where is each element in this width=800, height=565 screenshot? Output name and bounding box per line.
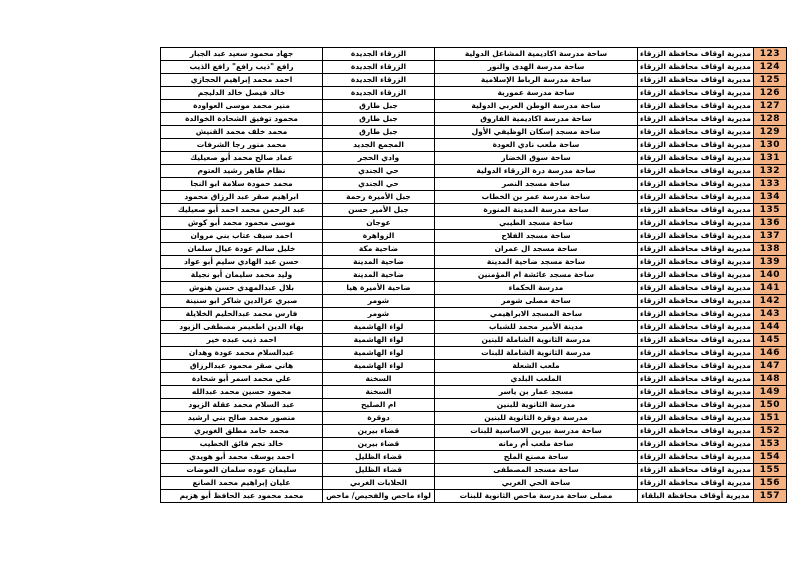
row-number-cell: 146 [753, 347, 786, 360]
directorate-cell: مديرية اوقاف محافظة الزرقاء [638, 438, 754, 451]
district-cell: حي الجندي [323, 165, 435, 178]
table-row: 139مديرية اوقاف محافظة الزرقاءساحة مسجد … [161, 256, 787, 269]
row-number-cell: 145 [753, 334, 786, 347]
district-cell: جبل الأميرة رحمة [323, 191, 435, 204]
directorate-cell: مديرية اوقاف محافظة الزرقاء [638, 477, 754, 490]
table-row: 144مديرية اوقاف محافظة الزرقاءمدينة الأم… [161, 321, 787, 334]
table-row: 125مديرية اوقاف محافظة الزرقاءساحة مدرسة… [161, 74, 787, 87]
name-cell: احمد سيف عتاب بني مروان [161, 230, 323, 243]
name-cell: محمد محمود عبد الحافظ أبو هزيم [161, 490, 323, 503]
row-number-cell: 124 [753, 61, 786, 74]
name-cell: حسن عبد الهادي سليم أبو عواد [161, 256, 323, 269]
district-cell: المجمع الجديد [323, 139, 435, 152]
directorate-cell: مديرية اوقاف محافظة الزرقاء [638, 48, 754, 61]
location-cell: ساحة مسجد الطيبي [435, 217, 638, 230]
table-row: 137مديرية اوقاف محافظة الزرقاءساحة مسجد … [161, 230, 787, 243]
awqaf-imams-table: 123مديرية اوقاف محافظة الزرقاءساحة مدرسة… [160, 47, 787, 503]
table-row: 127مديرية اوقاف محافظة الزرقاءساحة مدرسة… [161, 100, 787, 113]
directorate-cell: مديرية اوقاف محافظة الزرقاء [638, 347, 754, 360]
location-cell: مدرسة دوقرة الثانوية للبنين [435, 412, 638, 425]
directorate-cell: مديرية اوقاف محافظة الزرقاء [638, 139, 754, 152]
name-cell: محمد منور رجا الشرفات [161, 139, 323, 152]
row-number-cell: 141 [753, 282, 786, 295]
table-row: 149مديرية اوقاف محافظة الزرقاءمسجد عمار … [161, 386, 787, 399]
district-cell: لواء ماحص والفحيص/ ماحص [323, 490, 435, 503]
name-cell: بهاء الدين اطعيمر مصطفى الزيود [161, 321, 323, 334]
location-cell: ساحة مسجد الفلاح [435, 230, 638, 243]
directorate-cell: مديرية اوقاف محافظة الزرقاء [638, 61, 754, 74]
directorate-cell: مديرية اوقاف محافظة الزرقاء [638, 412, 754, 425]
row-number-cell: 126 [753, 87, 786, 100]
directorate-cell: مديرية اوقاف محافظة الزرقاء [638, 425, 754, 438]
table-row: 124مديرية اوقاف محافظة الزرقاءساحة مدرسة… [161, 61, 787, 74]
directorate-cell: مديرية اوقاف محافظة الزرقاء [638, 373, 754, 386]
row-number-cell: 123 [753, 48, 786, 61]
name-cell: بلال عبدالمهدي حسن هنوش [161, 282, 323, 295]
name-cell: خالد فيصل خالد الدليجم [161, 87, 323, 100]
row-number-cell: 138 [753, 243, 786, 256]
district-cell: لواء الهاشمية [323, 347, 435, 360]
district-cell: الزواهرة [323, 230, 435, 243]
directorate-cell: مديرية اوقاف محافظة الزرقاء [638, 243, 754, 256]
directorate-cell: مديرية اوقاف محافظة الزرقاء [638, 269, 754, 282]
district-cell: عوجان [323, 217, 435, 230]
district-cell: ضاحية الأميرة هيا [323, 282, 435, 295]
location-cell: ساحة مسجد المصطفى [435, 464, 638, 477]
row-number-cell: 149 [753, 386, 786, 399]
location-cell: ساحة مسجد النصر [435, 178, 638, 191]
row-number-cell: 157 [753, 490, 786, 503]
location-cell: مسجد عمار بن ياسر [435, 386, 638, 399]
table-row: 131مديرية اوقاف محافظة الزرقاءساحة سوق ا… [161, 152, 787, 165]
table-row: 157مديرية أوقاف محافظة البلقاءمصلى ساحة … [161, 490, 787, 503]
location-cell: ساحة مصلى شومر [435, 295, 638, 308]
table-row: 142مديرية اوقاف محافظة الزرقاءساحة مصلى … [161, 295, 787, 308]
row-number-cell: 125 [753, 74, 786, 87]
row-number-cell: 132 [753, 165, 786, 178]
row-number-cell: 142 [753, 295, 786, 308]
name-cell: منصور محمد صالح بني ارشيد [161, 412, 323, 425]
location-cell: ساحة مدرسة اكاديمية المشاعل الدولية [435, 48, 638, 61]
name-cell: محمد حامد مطلق الغويري [161, 425, 323, 438]
table-row: 138مديرية اوقاف محافظة الزرقاءساحة مسجد … [161, 243, 787, 256]
district-cell: جبل طارق [323, 113, 435, 126]
row-number-cell: 150 [753, 399, 786, 412]
district-cell: قضاء بيرين [323, 425, 435, 438]
district-cell: حي الجندي [323, 178, 435, 191]
directorate-cell: مديرية اوقاف محافظة الزرقاء [638, 386, 754, 399]
directorate-cell: مديرية اوقاف محافظة الزرقاء [638, 178, 754, 191]
directorate-cell: مديرية اوقاف محافظة الزرقاء [638, 282, 754, 295]
table-row: 152مديرية اوقاف محافظة الزرقاءساحة مدرسة… [161, 425, 787, 438]
district-cell: شومر [323, 295, 435, 308]
row-number-cell: 127 [753, 100, 786, 113]
name-cell: نظام طاهر رشيد العتوم [161, 165, 323, 178]
name-cell: فارس محمد عبدالحليم الخلايلة [161, 308, 323, 321]
district-cell: ضاحية المدينة [323, 256, 435, 269]
table-row: 150مديرية اوقاف محافظة الزرقاءمدرسة الثا… [161, 399, 787, 412]
district-cell: ام الصليح [323, 399, 435, 412]
table-row: 143مديرية اوقاف محافظة الزرقاءساحة المسج… [161, 308, 787, 321]
table-row: 133مديرية اوقاف محافظة الزرقاءساحة مسجد … [161, 178, 787, 191]
district-cell: السخنة [323, 373, 435, 386]
row-number-cell: 139 [753, 256, 786, 269]
table-row: 153مديرية اوقاف محافظة الزرقاءساحة ملعب … [161, 438, 787, 451]
directorate-cell: مديرية اوقاف محافظة الزرقاء [638, 360, 754, 373]
directorate-cell: مديرية اوقاف محافظة الزرقاء [638, 204, 754, 217]
row-number-cell: 135 [753, 204, 786, 217]
district-cell: الزرقاء الجديدة [323, 87, 435, 100]
table-row: 154مديرية اوقاف محافظة الزرقاءساحة مصنع … [161, 451, 787, 464]
name-cell: رافع "ذيب رافع" رافع الذيب [161, 61, 323, 74]
table-row: 151مديرية اوقاف محافظة الزرقاءمدرسة دوقر… [161, 412, 787, 425]
name-cell: خالد نجم فائق الخطيب [161, 438, 323, 451]
name-cell: هاني صقر محمود عبدالرزاق [161, 360, 323, 373]
district-cell: الزرقاء الجديدة [323, 61, 435, 74]
location-cell: ساحة مدرسة المدينة المنورة [435, 204, 638, 217]
district-cell: الزرقاء الجديدة [323, 74, 435, 87]
directorate-cell: مديرية اوقاف محافظة الزرقاء [638, 295, 754, 308]
name-cell: محمد خلف محمد القنيش [161, 126, 323, 139]
directorate-cell: مديرية اوقاف محافظة الزرقاء [638, 191, 754, 204]
location-cell: ساحة مسجد ال عمران [435, 243, 638, 256]
district-cell: دوقرة [323, 412, 435, 425]
district-cell: الحلابات الغربي [323, 477, 435, 490]
name-cell: ابراهيم صقر عبد الرزاق محمود [161, 191, 323, 204]
directorate-cell: مديرية اوقاف محافظة الزرقاء [638, 399, 754, 412]
name-cell: عبد السلام محمد عقلة الزيود [161, 399, 323, 412]
table-row: 135مديرية اوقاف محافظة الزرقاءساحة مدرسة… [161, 204, 787, 217]
district-cell: ضاحية مكة [323, 243, 435, 256]
row-number-cell: 133 [753, 178, 786, 191]
table-body: 123مديرية اوقاف محافظة الزرقاءساحة مدرسة… [161, 48, 787, 503]
row-number-cell: 152 [753, 425, 786, 438]
location-cell: مدرسة الحكماء [435, 282, 638, 295]
directorate-cell: مديرية اوقاف محافظة الزرقاء [638, 256, 754, 269]
row-number-cell: 136 [753, 217, 786, 230]
district-cell: لواء الهاشمية [323, 321, 435, 334]
row-number-cell: 137 [753, 230, 786, 243]
name-cell: عبدالسلام محمد عودة وهدان [161, 347, 323, 360]
location-cell: ساحة مدرسة الهدى والنور [435, 61, 638, 74]
table-row: 141مديرية اوقاف محافظة الزرقاءمدرسة الحك… [161, 282, 787, 295]
name-cell: موسى محمود محمد أبو كوش [161, 217, 323, 230]
name-cell: عماد صالح محمد أبو صعيليك [161, 152, 323, 165]
row-number-cell: 129 [753, 126, 786, 139]
location-cell: ساحة الحي الغربي [435, 477, 638, 490]
row-number-cell: 134 [753, 191, 786, 204]
table-row: 130مديرية اوقاف محافظة الزرقاءساحة ملعب … [161, 139, 787, 152]
row-number-cell: 151 [753, 412, 786, 425]
name-cell: منير محمد موسى العواودة [161, 100, 323, 113]
name-cell: عبد الرحمن محمد احمد أبو صعيليك [161, 204, 323, 217]
table-row: 123مديرية اوقاف محافظة الزرقاءساحة مدرسة… [161, 48, 787, 61]
location-cell: ساحة سوق الخضار [435, 152, 638, 165]
directorate-cell: مديرية أوقاف محافظة البلقاء [638, 490, 754, 503]
name-cell: وليد محمد سليمان أبو نجيلة [161, 269, 323, 282]
row-number-cell: 144 [753, 321, 786, 334]
location-cell: ساحة مسجد ضاحية المدينة [435, 256, 638, 269]
directorate-cell: مديرية اوقاف محافظة الزرقاء [638, 74, 754, 87]
location-cell: ساحة مدرسة درة الزرقاء الدولية [435, 165, 638, 178]
table-row: 145مديرية اوقاف محافظة الزرقاءمدرسة الثا… [161, 334, 787, 347]
table-row: 136مديرية اوقاف محافظة الزرقاءساحة مسجد … [161, 217, 787, 230]
directorate-cell: مديرية اوقاف محافظة الزرقاء [638, 308, 754, 321]
district-cell: الزرقاء الجديدة [323, 48, 435, 61]
district-cell: لواء الهاشمية [323, 334, 435, 347]
name-cell: احمد محمد إبراهيم الحجازي [161, 74, 323, 87]
name-cell: صبري عزالدين شاكر ابو سنينة [161, 295, 323, 308]
directorate-cell: مديرية اوقاف محافظة الزرقاء [638, 113, 754, 126]
row-number-cell: 154 [753, 451, 786, 464]
directorate-cell: مديرية اوقاف محافظة الزرقاء [638, 321, 754, 334]
table-row: 132مديرية اوقاف محافظة الزرقاءساحة مدرسة… [161, 165, 787, 178]
name-cell: علي محمد اسمر أبو شحادة [161, 373, 323, 386]
location-cell: ملعب الشعلة [435, 360, 638, 373]
name-cell: عليان إبراهيم محمد الصانع [161, 477, 323, 490]
location-cell: مصلى ساحة مدرسة ماحص الثانوية للبنات [435, 490, 638, 503]
name-cell: جهاد محمود سعيد عبد الجبار [161, 48, 323, 61]
location-cell: ساحة ملعب أم رمانه [435, 438, 638, 451]
table-row: 156مديرية اوقاف محافظة الزرقاءساحة الحي … [161, 477, 787, 490]
document-page: 123مديرية اوقاف محافظة الزرقاءساحة مدرسة… [160, 47, 787, 503]
name-cell: خليل سالم عودة عيال سلمان [161, 243, 323, 256]
location-cell: مدرسة الثانوية للبنين [435, 399, 638, 412]
directorate-cell: مديرية اوقاف محافظة الزرقاء [638, 451, 754, 464]
name-cell: محمود حسين محمد عبدالله [161, 386, 323, 399]
district-cell: السخنة [323, 386, 435, 399]
name-cell: احمد يوسف محمد أبو هويدي [161, 451, 323, 464]
location-cell: الملعب البلدي [435, 373, 638, 386]
name-cell: سليمان عوده سلمان العوضات [161, 464, 323, 477]
row-number-cell: 155 [753, 464, 786, 477]
location-cell: مدينة الأمير محمد للشباب [435, 321, 638, 334]
location-cell: ساحة ملعب نادي العودة [435, 139, 638, 152]
district-cell: جبل الأمير حسن [323, 204, 435, 217]
name-cell: محمود توفيق الشحادة الخوالدة [161, 113, 323, 126]
location-cell: ساحة مدرسة الرباط الإسلامية [435, 74, 638, 87]
directorate-cell: مديرية اوقاف محافظة الزرقاء [638, 152, 754, 165]
district-cell: ضاحية المدينة [323, 269, 435, 282]
directorate-cell: مديرية اوقاف محافظة الزرقاء [638, 464, 754, 477]
district-cell: وادي الحجر [323, 152, 435, 165]
table-row: 129مديرية اوقاف محافظة الزرقاءساحة مسجد … [161, 126, 787, 139]
table-row: 134مديرية اوقاف محافظة الزرقاءساحة مدرسة… [161, 191, 787, 204]
directorate-cell: مديرية اوقاف محافظة الزرقاء [638, 100, 754, 113]
location-cell: ساحة مدرسة عمر بن الخطاب [435, 191, 638, 204]
directorate-cell: مديرية اوقاف محافظة الزرقاء [638, 217, 754, 230]
directorate-cell: مديرية اوقاف محافظة الزرقاء [638, 230, 754, 243]
row-number-cell: 140 [753, 269, 786, 282]
location-cell: ساحة مسجد إسكان الوظيفي الأول [435, 126, 638, 139]
location-cell: ساحة مسجد عائشة ام المؤمنين [435, 269, 638, 282]
name-cell: احمد ذيب عبده خير [161, 334, 323, 347]
row-number-cell: 148 [753, 373, 786, 386]
row-number-cell: 156 [753, 477, 786, 490]
table-row: 148مديرية اوقاف محافظة الزرقاءالملعب الب… [161, 373, 787, 386]
table-row: 147مديرية اوقاف محافظة الزرقاءملعب الشعل… [161, 360, 787, 373]
table-row: 140مديرية اوقاف محافظة الزرقاءساحة مسجد … [161, 269, 787, 282]
district-cell: قضاء الظليل [323, 464, 435, 477]
table-row: 128مديرية اوقاف محافظة الزرقاءساحة مدرسة… [161, 113, 787, 126]
row-number-cell: 147 [753, 360, 786, 373]
row-number-cell: 131 [753, 152, 786, 165]
row-number-cell: 143 [753, 308, 786, 321]
directorate-cell: مديرية اوقاف محافظة الزرقاء [638, 334, 754, 347]
table-row: 146مديرية اوقاف محافظة الزرقاءمدرسة الثا… [161, 347, 787, 360]
row-number-cell: 153 [753, 438, 786, 451]
district-cell: قضاء الظليل [323, 451, 435, 464]
district-cell: لواء الهاشمية [323, 360, 435, 373]
location-cell: ساحة مدرسة عمورية [435, 87, 638, 100]
row-number-cell: 130 [753, 139, 786, 152]
district-cell: قضاء بيرين [323, 438, 435, 451]
location-cell: مدرسة الثانوية الشاملة للبنات [435, 347, 638, 360]
table-row: 155مديرية اوقاف محافظة الزرقاءساحة مسجد … [161, 464, 787, 477]
row-number-cell: 128 [753, 113, 786, 126]
directorate-cell: مديرية اوقاف محافظة الزرقاء [638, 87, 754, 100]
district-cell: جبل طارق [323, 126, 435, 139]
district-cell: شومر [323, 308, 435, 321]
directorate-cell: مديرية اوقاف محافظة الزرقاء [638, 126, 754, 139]
district-cell: جبل طارق [323, 100, 435, 113]
location-cell: ساحة مدرسة الوطن العربي الدولية [435, 100, 638, 113]
location-cell: مدرسة الثانوية الشاملة للبنين [435, 334, 638, 347]
location-cell: ساحة مدرسة بيرين الاساسية للبنات [435, 425, 638, 438]
table-row: 126مديرية اوقاف محافظة الزرقاءساحة مدرسة… [161, 87, 787, 100]
location-cell: ساحة المسجد الابراهيمي [435, 308, 638, 321]
location-cell: ساحة مدرسة اكاديمية الفاروق [435, 113, 638, 126]
directorate-cell: مديرية اوقاف محافظة الزرقاء [638, 165, 754, 178]
location-cell: ساحة مصنع الملح [435, 451, 638, 464]
name-cell: محمد حمودة سلامة ابو النجا [161, 178, 323, 191]
